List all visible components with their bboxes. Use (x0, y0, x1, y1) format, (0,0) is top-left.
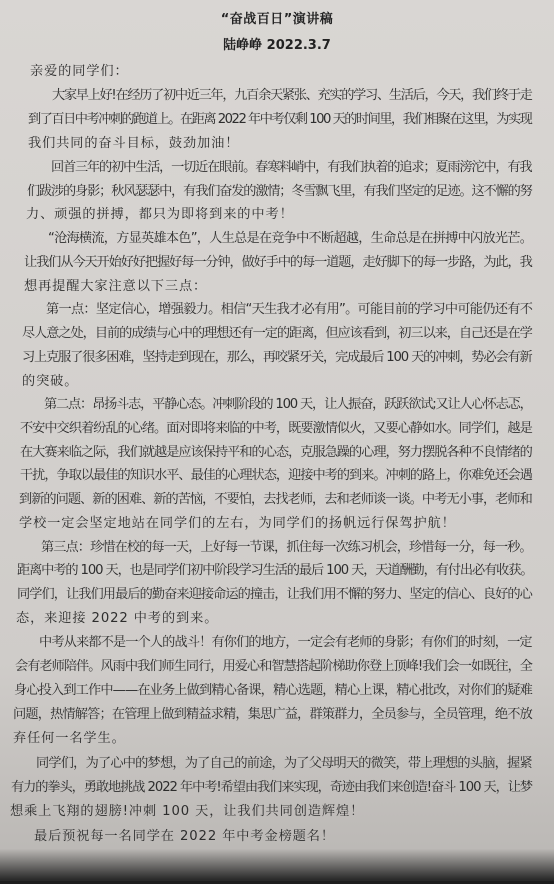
text-line: 在大赛来临之际，我们就越是应该保持平和的心态，克服急躁的心理，努力摆脱各种不良情… (20, 441, 532, 460)
text-line: 问题，热情解答；在管理上做到精益求精，集思广益，群策群力，全员参与，全员管理，绝… (13, 703, 532, 722)
text-line: 弃任何一名学生。 (13, 727, 126, 746)
text-line: 身心投入到工作中——在业务上做到精心备课，精心选题，精心上课，精心批改，对你们的… (14, 679, 532, 698)
text-line: 第二点：昂扬斗志，平静心态。冲刺阶段的 100 天，让人振奋，跃跃欲试;又让人心… (44, 393, 532, 412)
text-line: 有力的拳头，勇敢地挑战 2022 年中考!希望由我们来实现，奇迹由我们来创造!奋… (11, 776, 532, 795)
author-date: 陆峥峥 2022.3.7 (0, 34, 554, 53)
text-line: 的突破。 (22, 370, 78, 389)
text-line: 让我们从今天开始好好把握好每一分钟，做好手中的每一道题，走好脚下的每一步路，为此… (24, 251, 532, 270)
text-line: 们跋涉的身影；秋风瑟瑟中，有我们奋发的激情；冬雪飘飞里，有我们坚定的足迹。这不懈… (27, 180, 532, 199)
closing-line: 最后预祝每一名同学在 2022 年中考金榜题名！ (34, 825, 335, 844)
text-line: 到了百日中考冲刺的跑道上。在距离 2022 年中考仅剩 100 天的时间里，我们… (28, 108, 531, 127)
text-line: 想再提醒大家注意以下三点： (24, 275, 207, 294)
text-line: 力、顽强的拼搏，都只为即将到来的中考！ (26, 203, 294, 222)
text-line: 习上克服了很多困难，坚持走到现在，那么，再咬紧牙关，完成最后 100 天的冲刺，… (22, 346, 532, 365)
text-line: 第一点：坚定信心，增强毅力。相信“天生我才必有用”。可能目前的学习中可能仍还有不 (46, 298, 532, 317)
document-title: “奋战百日”演讲稿 (0, 8, 554, 27)
text-line: 回首三年的初中生活，一切近在眼前。春寒料峭中，有我们执着的追求；夏雨滂沱中，有我 (51, 156, 531, 175)
text-line: 大家早上好!在经历了初中近三年，九百余天紧张、充实的学习、生活后，今天，我们终于… (52, 84, 531, 103)
text-line: 同学们，让我们用最后的勤奋来迎接命运的撞击，让我们用不懈的努力、坚定的信心、良好… (17, 583, 532, 602)
greeting: 亲爱的同学们： (30, 60, 129, 79)
text-line: 学校一定会坚定地站在同学们的左右，为同学们的扬帆远行保驾护航！ (19, 512, 456, 531)
text-line: 会有老师陪伴。风雨中我们师生同行，用爱心和智慧搭起阶梯助你登上顶峰!我们会一如既… (15, 655, 532, 674)
text-line: 想乘上飞翔的翅膀!冲刺 100 天，让我们共同创造辉煌！ (10, 800, 364, 819)
text-line: 第三点：珍惜在校的每一天，上好每一节课，抓住每一次练习机会，珍惜每一分，每一秒。 (41, 536, 532, 555)
text-line: 尽人意之处，目前的成绩与心中的理想还有一定的距离，但应该看到，初三以来，自己还是… (22, 322, 532, 341)
text-line: 干扰，争取以最佳的知识水平、最佳的心理状态，迎接中考的到来。冲刺的路上，你难免还… (20, 464, 532, 483)
speech-document: “奋战百日”演讲稿 陆峥峥 2022.3.7 亲爱的同学们： 大家早上好!在经历… (0, 0, 554, 884)
text-line: 我们共同的奋斗目标，鼓劲加油！ (28, 132, 239, 151)
text-line: 中考从来都不是一个人的战斗！有你们的地方，一定会有老师的身影；有你们的时刻，一定 (39, 631, 532, 650)
text-line: 距离中考的 100 天，也是同学们初中阶段学习生活的最后 100 天，天道酬勤，… (17, 559, 532, 578)
text-line: 同学们，为了心中的梦想，为了自己的前途，为了父母明天的微笑，带上理想的头脑，握紧 (36, 752, 532, 771)
text-line: “沧海横流，方显英雄本色”，人生总是在竞争中不断超越，生命总是在拼搏中闪放光芒。 (48, 227, 532, 246)
text-line: 态，来迎接 2022 中考的到来。 (16, 607, 218, 626)
text-line: 到新的问题、新的困难、新的苦恼，不要怕，去找老师，去和老师谈一谈。中考无小事，老… (19, 488, 532, 507)
text-line: 不安中交织着纷乱的心绪。面对即将来临的中考，既要激情似火，又要心静如水。同学们，… (20, 417, 532, 436)
